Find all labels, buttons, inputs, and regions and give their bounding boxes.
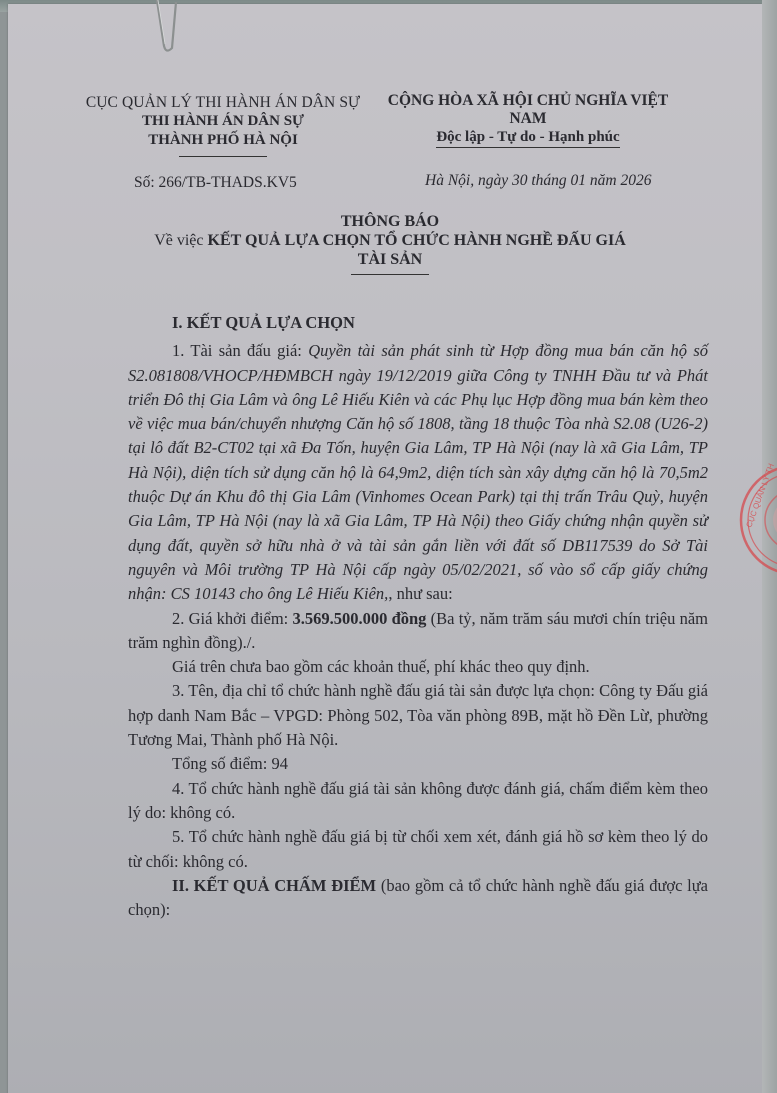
title-subject-main: KẾT QUẢ LỰA CHỌN TỔ CHỨC HÀNH NGHỀ ĐẤU G… [208,232,626,249]
price-note: Giá trên chưa bao gồm các khoản thuế, ph… [128,655,708,679]
place-and-date: Hà Nội, ngày 30 tháng 01 năm 2026 [425,172,651,190]
document-body: I. KẾT QUẢ LỰA CHỌN 1. Tài sản đấu giá: … [128,311,708,922]
item-3-selected-organization: 3. Tên, địa chỉ tổ chức hành nghề đấu gi… [128,679,708,752]
divider [351,274,429,275]
item-1-suffix: , như sau: [388,584,452,603]
divider [179,156,267,157]
starting-price-value: 3.569.500.000 đồng [292,609,426,628]
national-motto: Độc lập - Tự do - Hạnh phúc [436,129,619,148]
item-4-not-evaluated: 4. Tổ chức hành nghề đấu giá tài sản khô… [128,777,708,826]
title-notice: THÔNG BÁO [60,212,720,231]
item-2-label: 2. Giá khởi điểm: [172,609,292,628]
national-heading-block: CỘNG HÒA XÃ HỘI CHỦ NGHĨA VIỆT NAM Độc l… [368,92,688,148]
item-5-rejected: 5. Tổ chức hành nghề đấu giá bị từ chối … [128,825,708,874]
section-2-heading: II. KẾT QUẢ CHẤM ĐIỂM (bao gồm cả tổ chứ… [128,874,708,923]
parent-agency: CỤC QUẢN LÝ THI HÀNH ÁN DÂN SỰ [78,94,368,112]
paper-clip-icon [152,0,180,56]
title-subject-prefix: Về việc [154,232,207,249]
item-1-description: Quyền tài sản phát sinh từ Hợp đồng mua … [128,341,708,603]
agency-name-line2: THÀNH PHỐ HÀ NỘI [78,131,368,150]
document-number: Số: 266/TB-THADS.KV5 [134,174,297,192]
official-seal-icon: CỤC QUẢN LÝ TH [737,458,777,583]
section-1-heading: I. KẾT QUẢ LỰA CHỌN [172,311,708,335]
total-score: Tổng số điểm: 94 [128,752,708,776]
svg-text:CỤC QUẢN LÝ TH: CỤC QUẢN LÝ TH [744,462,776,529]
item-1-label: 1. Tài sản đấu giá: [172,341,308,360]
issuing-agency-block: CỤC QUẢN LÝ THI HÀNH ÁN DÂN SỰ THI HÀNH … [78,94,368,157]
agency-name-line1: THI HÀNH ÁN DÂN SỰ [78,112,368,131]
title-subject: Về việc KẾT QUẢ LỰA CHỌN TỔ CHỨC HÀNH NG… [60,231,720,250]
title-subject-line3: TÀI SẢN [60,250,720,269]
item-1-asset: 1. Tài sản đấu giá: Quyền tài sản phát s… [128,339,708,606]
item-2-starting-price: 2. Giá khởi điểm: 3.569.500.000 đồng (Ba… [128,607,708,656]
document-title: THÔNG BÁO Về việc KẾT QUẢ LỰA CHỌN TỔ CH… [60,212,720,275]
nation-title: CỘNG HÒA XÃ HỘI CHỦ NGHĨA VIỆT NAM [368,92,688,128]
section-2-title: II. KẾT QUẢ CHẤM ĐIỂM [172,876,376,895]
